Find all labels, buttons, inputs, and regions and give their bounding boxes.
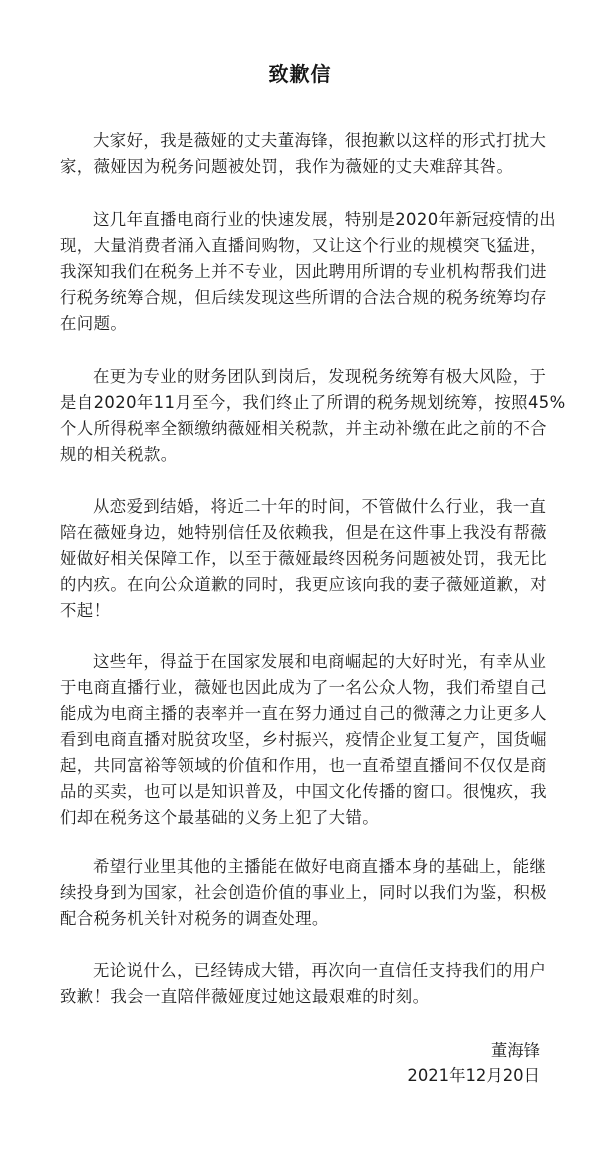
- paragraph-line: 在更为专业的财务团队到岗后，发现税务统筹有极大风险，于: [60, 364, 550, 390]
- paragraph-6: 希望行业里其他的主播能在做好电商直播本身的基础上，能继 续投身到为国家，社会创造…: [60, 854, 550, 932]
- signature-block: 董海锋 2021年12月20日: [300, 1038, 540, 1088]
- signature-name: 董海锋: [300, 1038, 540, 1063]
- paragraph-line: 行税务统筹合规，但后续发现这些所谓的合法合规的税务统筹均存: [60, 285, 550, 311]
- paragraph-line: 大家好，我是薇娅的丈夫董海锋，很抱歉以这样的形式打扰大: [60, 128, 550, 154]
- paragraph-line: 希望行业里其他的主播能在做好电商直播本身的基础上，能继: [60, 854, 550, 880]
- paragraph-line: 致歉！我会一直陪伴薇娅度过她这最艰难的时刻。: [60, 984, 550, 1010]
- paragraph-line: 现，大量消费者涌入直播间购物，又让这个行业的规模突飞猛进，: [60, 233, 550, 259]
- paragraph-line: 是自2020年11月至今，我们终止了所谓的税务规划统筹，按照45%: [60, 390, 550, 416]
- letter-title: 致歉信: [0, 58, 600, 87]
- paragraph-line: 起，共同富裕等领域的价值和作用，也一直希望直播间不仅仅是商: [60, 753, 550, 779]
- paragraph-line: 不起！: [60, 598, 550, 624]
- paragraph-2: 这几年直播电商行业的快速发展，特别是2020年新冠疫情的出 现，大量消费者涌入直…: [60, 207, 550, 337]
- paragraph-line: 们却在税务这个最基础的义务上犯了大错。: [60, 805, 550, 831]
- paragraph-7: 无论说什么，已经铸成大错，再次向一直信任支持我们的用户 致歉！我会一直陪伴薇娅度…: [60, 958, 550, 1010]
- paragraph-line: 的内疚。在向公众道歉的同时，我更应该向我的妻子薇娅道歉，对: [60, 572, 550, 598]
- paragraph-line: 规的相关税款。: [60, 442, 550, 468]
- paragraph-line: 娅做好相关保障工作，以至于薇娅最终因税务问题被处罚，我无比: [60, 546, 550, 572]
- paragraph-line: 看到电商直播对脱贫攻坚，乡村振兴，疫情企业复工复产，国货崛: [60, 727, 550, 753]
- paragraph-line: 续投身到为国家，社会创造价值的事业上，同时以我们为鉴，积极: [60, 880, 550, 906]
- paragraph-3: 在更为专业的财务团队到岗后，发现税务统筹有极大风险，于 是自2020年11月至今…: [60, 364, 550, 468]
- paragraph-line: 品的买卖，也可以是知识普及，中国文化传播的窗口。很愧疚，我: [60, 779, 550, 805]
- paragraph-5: 这些年，得益于在国家发展和电商崛起的大好时光，有幸从业 于电商直播行业，薇娅也因…: [60, 649, 550, 831]
- paragraph-line: 配合税务机关针对税务的调查处理。: [60, 906, 550, 932]
- signature-date: 2021年12月20日: [300, 1063, 540, 1088]
- paragraph-line: 能成为电商主播的表率并一直在努力通过自己的微薄之力让更多人: [60, 701, 550, 727]
- paragraph-line: 这些年，得益于在国家发展和电商崛起的大好时光，有幸从业: [60, 649, 550, 675]
- paragraph-line: 无论说什么，已经铸成大错，再次向一直信任支持我们的用户: [60, 958, 550, 984]
- paragraph-line: 家，薇娅因为税务问题被处罚，我作为薇娅的丈夫难辞其咎。: [60, 154, 550, 180]
- paragraph-line: 从恋爱到结婚，将近二十年的时间，不管做什么行业，我一直: [60, 494, 550, 520]
- paragraph-line: 这几年直播电商行业的快速发展，特别是2020年新冠疫情的出: [60, 207, 550, 233]
- paragraph-1: 大家好，我是薇娅的丈夫董海锋，很抱歉以这样的形式打扰大 家，薇娅因为税务问题被处…: [60, 128, 550, 180]
- paragraph-4: 从恋爱到结婚，将近二十年的时间，不管做什么行业，我一直 陪在薇娅身边，她特别信任…: [60, 494, 550, 624]
- paragraph-line: 个人所得税率全额缴纳薇娅相关税款，并主动补缴在此之前的不合: [60, 416, 550, 442]
- paragraph-line: 我深知我们在税务上并不专业，因此聘用所谓的专业机构帮我们进: [60, 259, 550, 285]
- paragraph-line: 在问题。: [60, 311, 550, 337]
- paragraph-line: 陪在薇娅身边，她特别信任及依赖我，但是在这件事上我没有帮薇: [60, 520, 550, 546]
- paragraph-line: 于电商直播行业，薇娅也因此成为了一名公众人物，我们希望自己: [60, 675, 550, 701]
